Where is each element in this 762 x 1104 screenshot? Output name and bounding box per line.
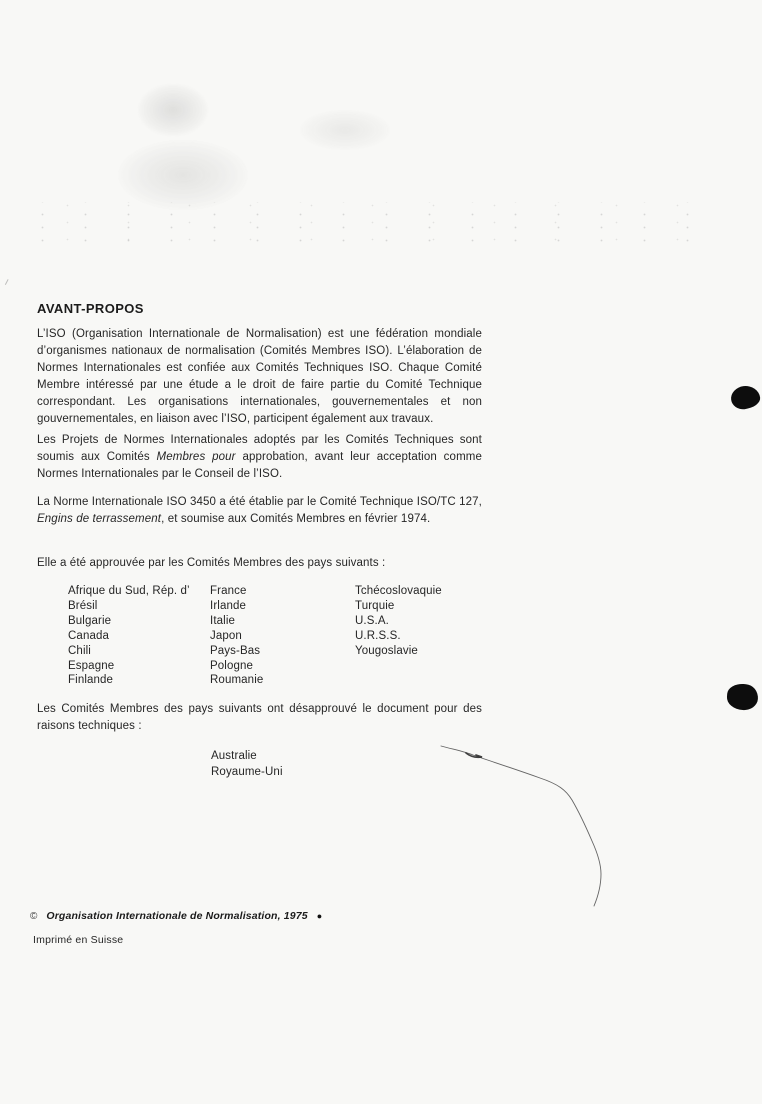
list-item: U.R.S.S. — [355, 629, 515, 644]
page-title: AVANT-PROPOS — [37, 301, 481, 316]
list-item: Australie — [211, 749, 283, 765]
list-item: Chili — [68, 644, 210, 659]
list-item: Royaume-Uni — [211, 765, 283, 781]
list-item: France — [210, 584, 350, 599]
text-run: L’ISO (Organisation Internationale de No… — [37, 328, 482, 425]
list-item: Afrique du Sud, Rép. d’ — [68, 584, 210, 599]
scan-smudge — [118, 140, 248, 210]
paragraph-standard-origin: La Norme Internationale ISO 3450 a été é… — [37, 494, 482, 528]
list-item: Italie — [210, 614, 350, 629]
copyright-icon: © — [30, 911, 37, 922]
bullet-icon: ● — [317, 911, 322, 921]
list-item: Bulgarie — [68, 614, 210, 629]
copyright-text: Organisation Internationale de Normalisa… — [46, 910, 307, 922]
list-item: Irlande — [210, 599, 350, 614]
approved-countries-column-2: FranceIrlandeItalieJaponPays-BasPologneR… — [210, 584, 350, 688]
scan-smudge — [138, 84, 208, 136]
disapproved-countries-list: AustralieRoyaume-Uni — [211, 749, 283, 781]
ink-blob-artifact — [730, 384, 762, 410]
list-item: Japon — [210, 629, 350, 644]
list-item: Brésil — [68, 599, 210, 614]
list-item: Pologne — [210, 659, 350, 674]
list-item: Finlande — [68, 673, 210, 688]
scan-smudge — [300, 110, 390, 150]
text-run: Engins de terrassement — [37, 513, 161, 525]
list-item: Espagne — [68, 659, 210, 674]
list-item: Canada — [68, 629, 210, 644]
list-item: Roumanie — [210, 673, 350, 688]
list-item: Tchécoslovaquie — [355, 584, 515, 599]
ink-blob-artifact — [726, 683, 759, 711]
approved-countries-column-1: Afrique du Sud, Rép. d’BrésilBulgarieCan… — [68, 584, 210, 688]
approval-intro: Elle a été approuvée par les Comités Mem… — [37, 557, 497, 569]
list-item: U.S.A. — [355, 614, 515, 629]
list-item: Turquie — [355, 599, 515, 614]
paragraph-draft-approval: Les Projets de Normes Internationales ad… — [37, 432, 482, 483]
printed-in-note: Imprimé en Suisse — [33, 934, 123, 946]
approved-countries-column-3: TchécoslovaquieTurquieU.S.A.U.R.S.S.Youg… — [355, 584, 515, 659]
scan-speckle-band — [18, 202, 724, 242]
text-run: Membres pour — [157, 451, 236, 463]
paragraph-iso-intro: L’ISO (Organisation Internationale de No… — [37, 326, 482, 428]
text-run: La Norme Internationale ISO 3450 a été é… — [37, 496, 482, 508]
list-item: Pays-Bas — [210, 644, 350, 659]
scan-margin-mark — [5, 279, 12, 287]
copyright-line: © Organisation Internationale de Normali… — [30, 910, 322, 922]
text-run: , et soumise aux Comités Membres en févr… — [161, 513, 430, 525]
scanned-document-page: AVANT-PROPOS L’ISO (Organisation Interna… — [0, 0, 762, 1104]
disapproval-intro: Les Comités Membres des pays suivants on… — [37, 701, 482, 735]
list-item: Yougoslavie — [355, 644, 515, 659]
